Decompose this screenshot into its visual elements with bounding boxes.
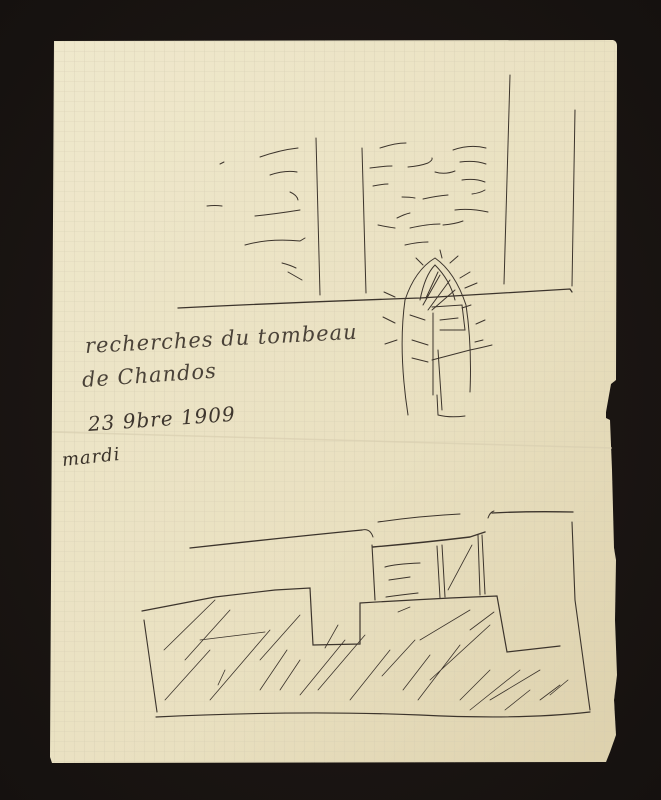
paper-sheet bbox=[0, 0, 661, 800]
